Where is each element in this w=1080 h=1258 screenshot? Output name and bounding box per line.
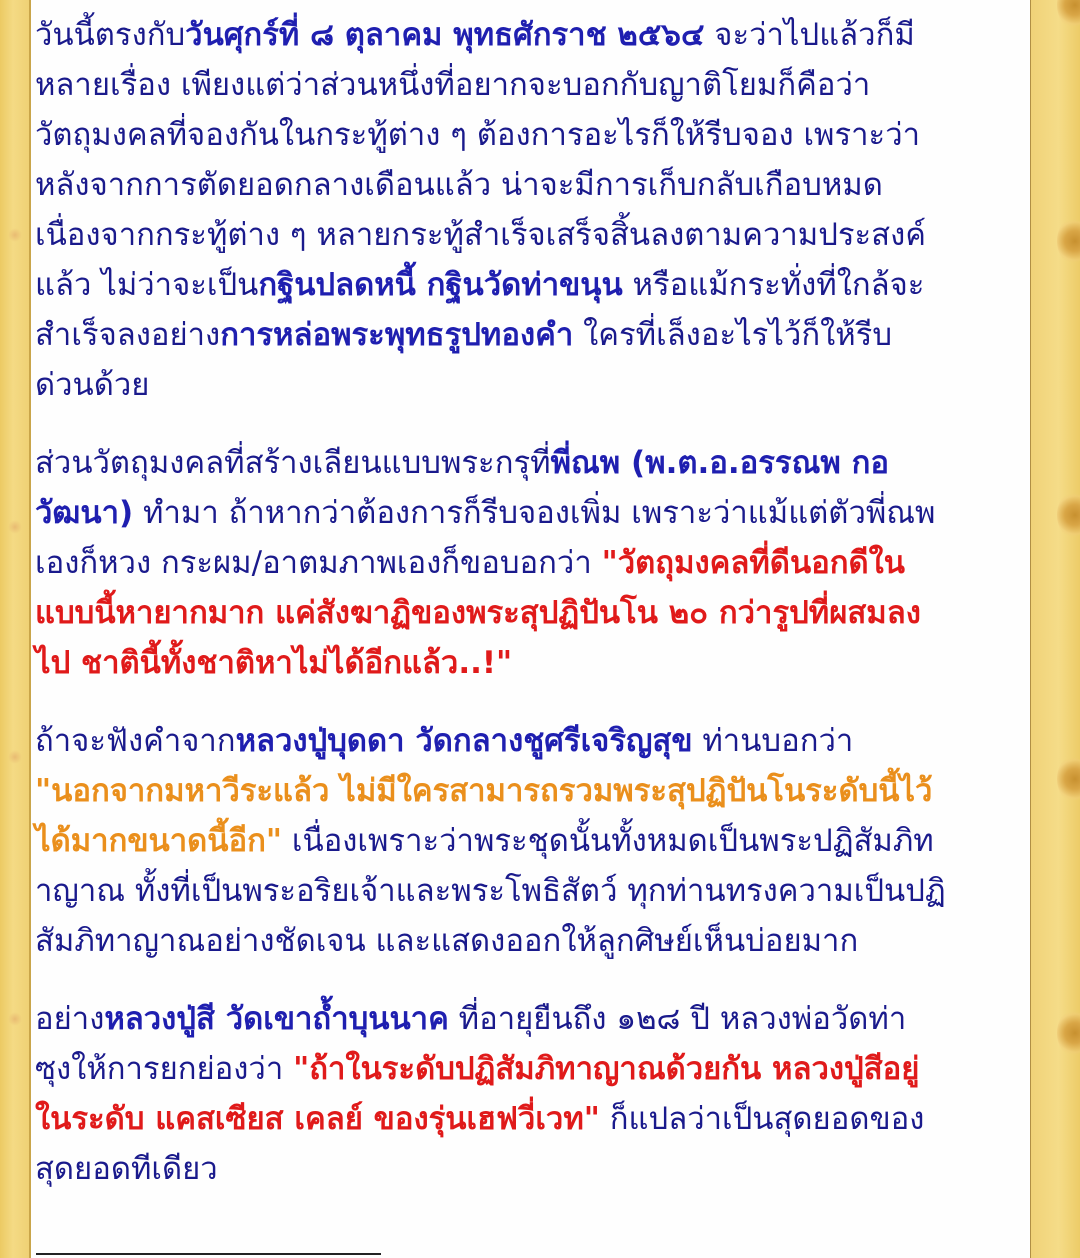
quote-text-run: ไป ชาตินี้ทั้งชาติหาไม่ได้อีกแล้ว..!" bbox=[35, 645, 512, 681]
text-run: เนื่องเพราะว่าพระชุดนั้นทั้งหมดเป็นพระปฏ… bbox=[282, 823, 934, 859]
text-run: สัมภิทาญาณอย่างชัดเจน และแสดงออกให้ลูกศิ… bbox=[35, 923, 858, 959]
quote-text-run: แบบนี้หายากมาก แค่สังฆาฏิของพระสุปฏิปันโ… bbox=[35, 595, 921, 631]
text-run: ซุงให้การยกย่องว่า bbox=[35, 1051, 293, 1087]
quote-text-run: ได้มากขนาดนี้อีก" bbox=[35, 823, 282, 859]
bold-text-run: กฐินปลดหนี้ กฐินวัดท่าขนุน bbox=[258, 267, 622, 303]
text-line: ในระดับ แคสเซียส เคลย์ ของรุ่นเฮฟวี่เวท"… bbox=[35, 1094, 1025, 1144]
left-ornament-icon bbox=[8, 1012, 22, 1026]
flower-ornament-icon bbox=[1057, 218, 1080, 264]
text-line: ถ้าจะฟังคำจากหลวงปู่บุดดา วัดกลางชูศรีเจ… bbox=[35, 716, 1025, 766]
text-line: แล้ว ไม่ว่าจะเป็นกฐินปลดหนี้ กฐินวัดท่าข… bbox=[35, 260, 1025, 310]
right-gold-border bbox=[1030, 0, 1080, 1258]
text-line: ด่วนด้วย bbox=[35, 360, 1025, 410]
text-run: เนื่องจากกระทู้ต่าง ๆ หลายกระทู้สำเร็จเส… bbox=[35, 217, 926, 253]
bold-text-run: วัฒนา) bbox=[35, 495, 133, 531]
left-gold-border bbox=[0, 0, 29, 1258]
paragraph-4: อย่างหลวงปู่สี วัดเขาถ้ำบุนนาค ที่อายุยื… bbox=[35, 994, 1025, 1194]
text-line: าญาณ ทั้งที่เป็นพระอริยเจ้าและพระโพธิสัต… bbox=[35, 866, 1025, 916]
text-run: สำเร็จลงอย่าง bbox=[35, 317, 220, 353]
text-run: ทำมา ถ้าหากว่าต้องการก็รีบจองเพิ่ม เพราะ… bbox=[133, 495, 935, 531]
text-line: ได้มากขนาดนี้อีก" เนื่องเพราะว่าพระชุดนั… bbox=[35, 816, 1025, 866]
text-run: าญาณ ทั้งที่เป็นพระอริยเจ้าและพระโพธิสัต… bbox=[35, 873, 946, 909]
quote-text-run: "วัตถุมงคลที่ดีนอกดีใน bbox=[602, 545, 905, 581]
bold-text-run: พี่ณพ (พ.ต.อ.อรรณพ กอ bbox=[551, 445, 889, 481]
article-body: วันนี้ตรงกับวันศุกร์ที่ ๘ ตุลาคม พุทธศัก… bbox=[35, 10, 1025, 1222]
left-ornament-icon bbox=[8, 228, 22, 242]
text-run: หลายเรื่อง เพียงแต่ว่าส่วนหนึ่งที่อยากจะ… bbox=[35, 67, 870, 103]
text-run: ส่วนวัตถุมงคลที่สร้างเลียนแบบพระกรุที่ bbox=[35, 445, 551, 481]
bold-text-run: หลวงปู่สี วัดเขาถ้ำบุนนาค bbox=[104, 1001, 448, 1037]
horizontal-rule bbox=[36, 1253, 381, 1255]
text-run: ถ้าจะฟังคำจาก bbox=[35, 723, 236, 759]
text-line: หลังจากการตัดยอดกลางเดือนแล้ว น่าจะมีการ… bbox=[35, 160, 1025, 210]
text-run: ท่านบอกว่า bbox=[693, 723, 854, 759]
text-line: "นอกจากมหาวีระแล้ว ไม่มีใครสามารถรวมพระส… bbox=[35, 766, 1025, 816]
text-line: สัมภิทาญาณอย่างชัดเจน และแสดงออกให้ลูกศิ… bbox=[35, 916, 1025, 966]
text-run: จะว่าไปแล้วก็มี bbox=[704, 17, 914, 53]
text-line: หลายเรื่อง เพียงแต่ว่าส่วนหนึ่งที่อยากจะ… bbox=[35, 60, 1025, 110]
left-ornament-icon bbox=[8, 750, 22, 764]
text-line: เองก็หวง กระผม/อาตมภาพเองก็ขอบอกว่า "วัต… bbox=[35, 538, 1025, 588]
text-run: หลังจากการตัดยอดกลางเดือนแล้ว น่าจะมีการ… bbox=[35, 167, 883, 203]
text-run: ด่วนด้วย bbox=[35, 367, 149, 403]
paragraph-2: ส่วนวัตถุมงคลที่สร้างเลียนแบบพระกรุที่พี… bbox=[35, 438, 1025, 688]
text-line: วัฒนา) ทำมา ถ้าหากว่าต้องการก็รีบจองเพิ่… bbox=[35, 488, 1025, 538]
text-run: สุดยอดทีเดียว bbox=[35, 1151, 218, 1187]
paragraph-3: ถ้าจะฟังคำจากหลวงปู่บุดดา วัดกลางชูศรีเจ… bbox=[35, 716, 1025, 966]
flower-ornament-icon bbox=[1057, 492, 1080, 538]
text-line: ซุงให้การยกย่องว่า "ถ้าในระดับปฏิสัมภิทา… bbox=[35, 1044, 1025, 1094]
text-line: สำเร็จลงอย่างการหล่อพระพุทธรูปทองคำ ใครท… bbox=[35, 310, 1025, 360]
left-ornament-icon bbox=[8, 520, 22, 534]
text-run: อย่าง bbox=[35, 1001, 104, 1037]
flower-ornament-icon bbox=[1057, 1010, 1080, 1056]
text-run: แล้ว ไม่ว่าจะเป็น bbox=[35, 267, 258, 303]
text-run: หรือแม้กระทั่งที่ใกล้จะ bbox=[623, 267, 925, 303]
text-line: เนื่องจากกระทู้ต่าง ๆ หลายกระทู้สำเร็จเส… bbox=[35, 210, 1025, 260]
text-run: ใครที่เล็งอะไรไว้ก็ให้รีบ bbox=[573, 317, 892, 353]
flower-ornament-icon bbox=[1057, 756, 1080, 802]
bold-text-run: หลวงปู่บุดดา วัดกลางชูศรีเจริญสุข bbox=[236, 723, 693, 759]
paragraph-1: วันนี้ตรงกับวันศุกร์ที่ ๘ ตุลาคม พุทธศัก… bbox=[35, 10, 1025, 410]
quote-text-run: "นอกจากมหาวีระแล้ว ไม่มีใครสามารถรวมพระส… bbox=[35, 773, 932, 809]
text-line: วันนี้ตรงกับวันศุกร์ที่ ๘ ตุลาคม พุทธศัก… bbox=[35, 10, 1025, 60]
flower-ornament-icon bbox=[1057, 0, 1080, 28]
text-run: วัตถุมงคลที่จองกันในกระทู้ต่าง ๆ ต้องการ… bbox=[35, 117, 920, 153]
bold-text-run: วันศุกร์ที่ ๘ ตุลาคม พุทธศักราช ๒๕๖๔ bbox=[185, 17, 704, 53]
text-run: วันนี้ตรงกับ bbox=[35, 17, 185, 53]
text-run: ที่อายุยืนถึง ๑๒๘ ปี หลวงพ่อวัดท่า bbox=[449, 1001, 906, 1037]
text-line: ไป ชาตินี้ทั้งชาติหาไม่ได้อีกแล้ว..!" bbox=[35, 638, 1025, 688]
text-run: เองก็หวง กระผม/อาตมภาพเองก็ขอบอกว่า bbox=[35, 545, 602, 581]
text-line: วัตถุมงคลที่จองกันในกระทู้ต่าง ๆ ต้องการ… bbox=[35, 110, 1025, 160]
text-line: ส่วนวัตถุมงคลที่สร้างเลียนแบบพระกรุที่พี… bbox=[35, 438, 1025, 488]
bold-text-run: การหล่อพระพุทธรูปทองคำ bbox=[220, 317, 573, 353]
text-line: อย่างหลวงปู่สี วัดเขาถ้ำบุนนาค ที่อายุยื… bbox=[35, 994, 1025, 1044]
quote-text-run: ในระดับ แคสเซียส เคลย์ ของรุ่นเฮฟวี่เวท" bbox=[35, 1101, 600, 1137]
text-line: แบบนี้หายากมาก แค่สังฆาฏิของพระสุปฏิปันโ… bbox=[35, 588, 1025, 638]
text-run: ก็แปลว่าเป็นสุดยอดของ bbox=[600, 1101, 924, 1137]
quote-text-run: "ถ้าในระดับปฏิสัมภิทาญาณด้วยกัน หลวงปู่ส… bbox=[293, 1051, 919, 1087]
text-line: สุดยอดทีเดียว bbox=[35, 1144, 1025, 1194]
